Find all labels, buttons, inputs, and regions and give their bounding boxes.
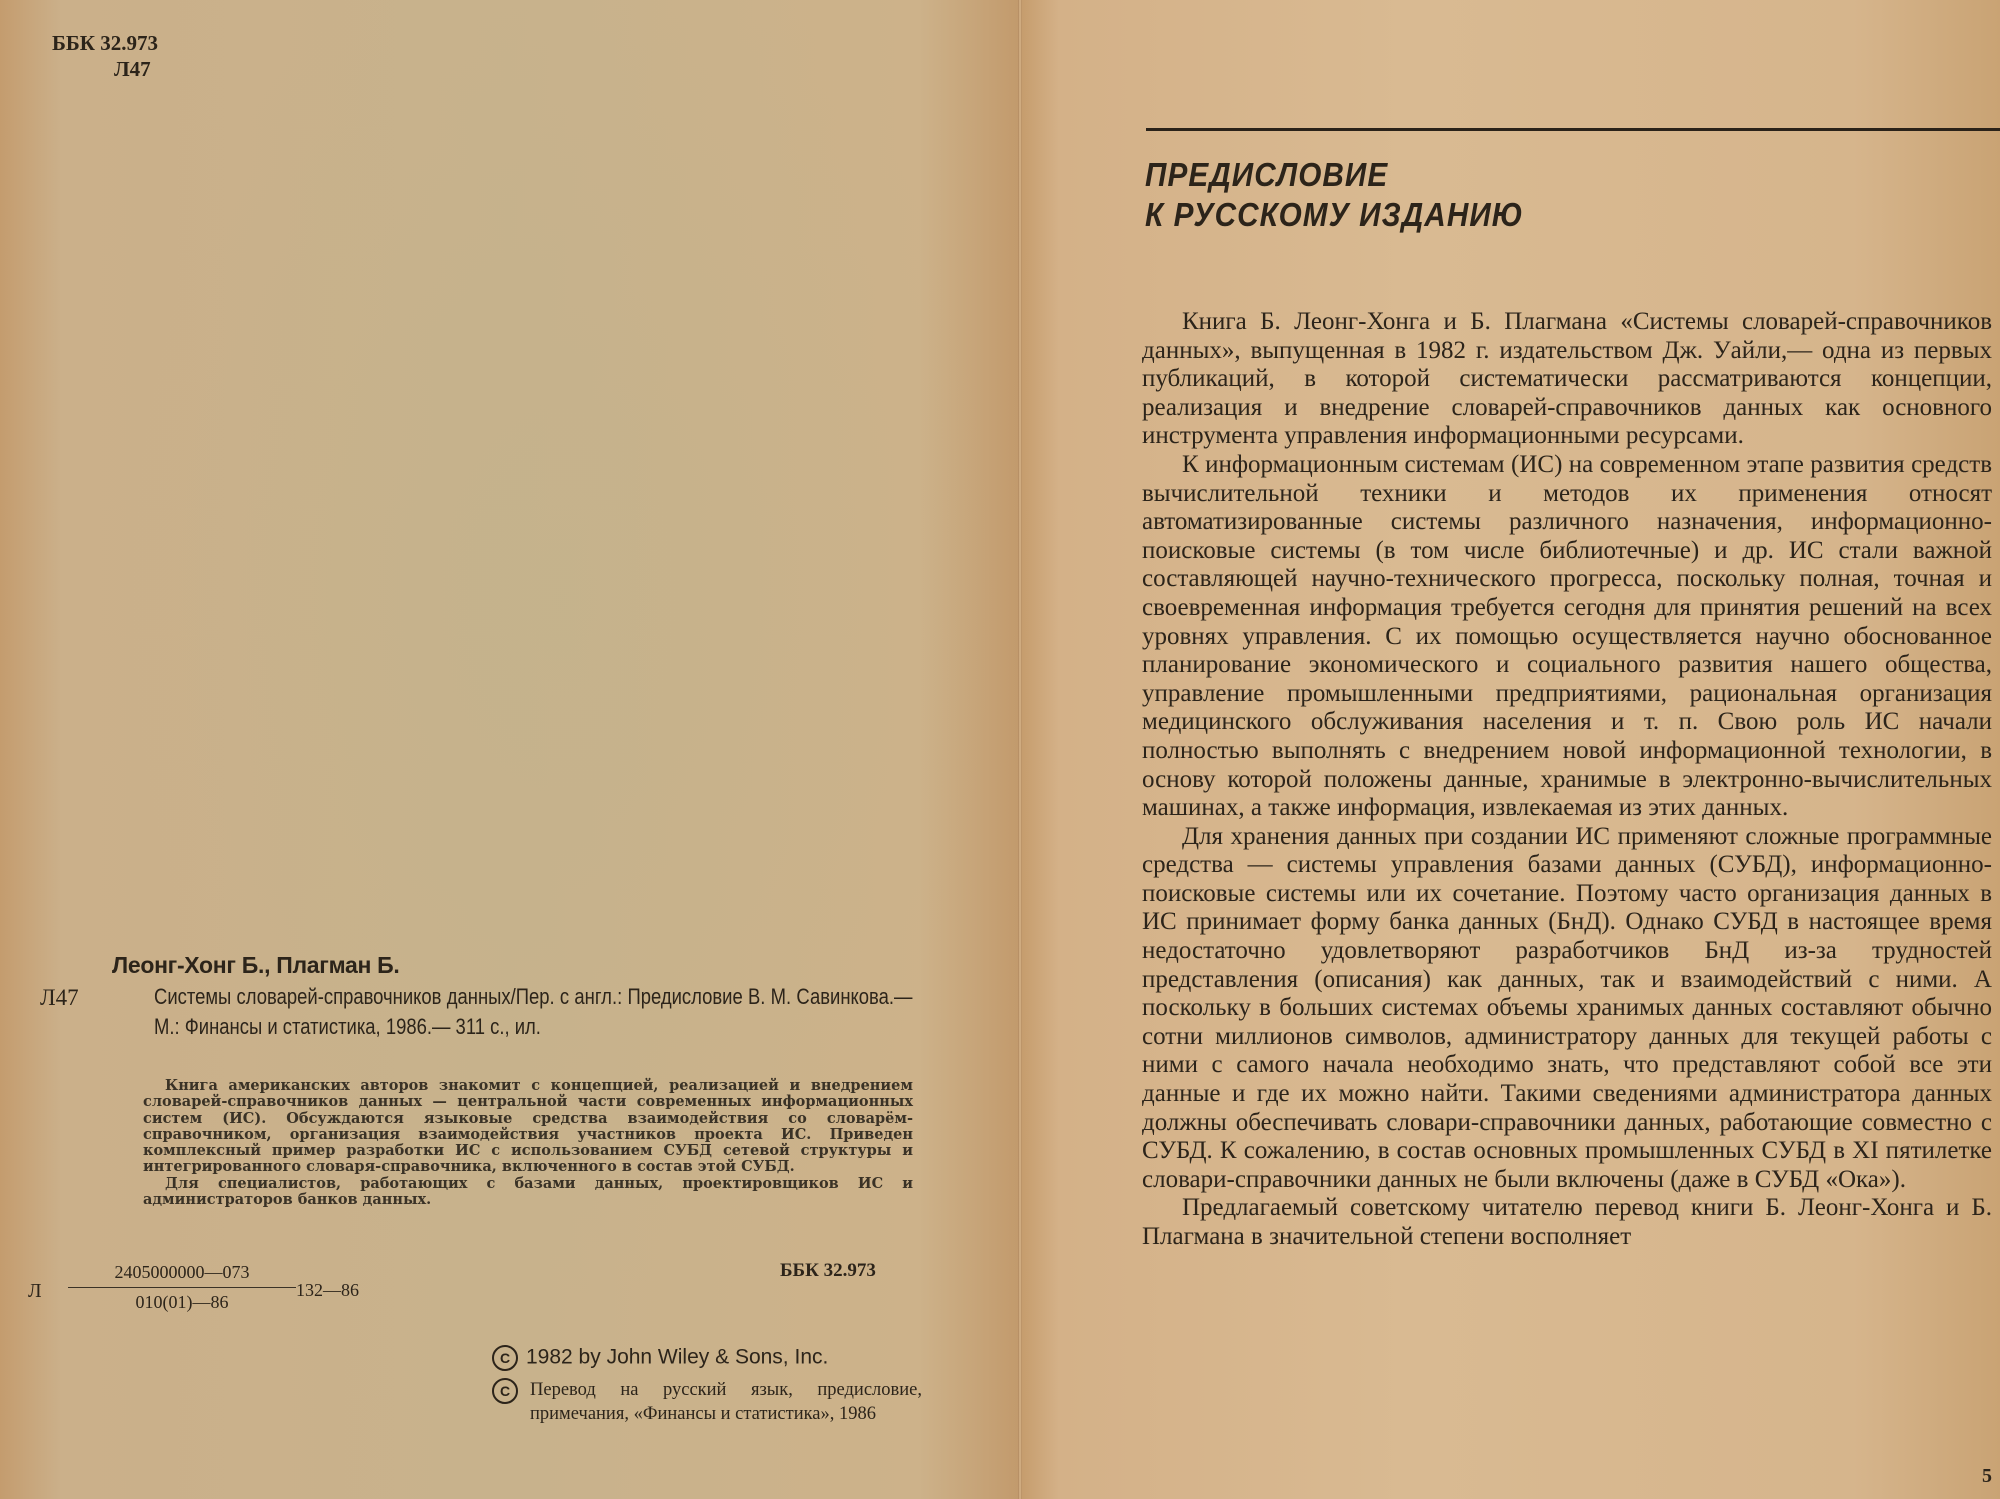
preface-body: Книга Б. Леонг-Хонга и Б. Плагмана «Сист… <box>1142 308 1992 1252</box>
bbk-footer: ББК 32.973 <box>780 1260 876 1282</box>
catalog-fraction: 2405000000—073 010(01)—86 <box>68 1262 296 1313</box>
catalog-code: 132—86 <box>296 1280 359 1301</box>
copyright-translation-text: Перевод на русский язык, предисловие, пр… <box>492 1378 922 1426</box>
authors-line: Леонг-Хонг Б., Плагман Б. <box>112 952 399 979</box>
page-title: ПРЕДИСЛОВИЕ К РУССКОМУ ИЗДАНИЮ <box>1145 155 1524 235</box>
annotation-paragraph: Для специалистов, работающих с базами да… <box>143 1176 913 1209</box>
copyright-icon: C <box>492 1378 518 1404</box>
right-page: ПРЕДИСЛОВИЕ К РУССКОМУ ИЗДАНИЮ Книга Б. … <box>1020 0 2000 1499</box>
catalog-numerator: 2405000000—073 <box>68 1262 296 1288</box>
left-page: ББК 32.973 Л47 Леонг-Хонг Б., Плагман Б.… <box>0 0 1020 1499</box>
catalog-denominator: 010(01)—86 <box>68 1288 296 1313</box>
body-paragraph: К информационным системам (ИС) на соврем… <box>1142 451 1992 823</box>
copyright-original: C1982 by John Wiley & Sons, Inc. <box>492 1345 828 1371</box>
side-index: Л47 <box>40 985 79 1011</box>
bbk-code: ББК 32.973 <box>52 31 158 55</box>
body-paragraph: Предлагаемый советскому читателю перевод… <box>1142 1194 1992 1251</box>
bbk-header: ББК 32.973 Л47 <box>52 30 158 82</box>
page-number: 5 <box>1982 1465 1992 1488</box>
annotation-paragraph: Книга американских авторов знакомит с ко… <box>143 1078 913 1176</box>
author-index: Л47 <box>52 56 158 82</box>
header-rule <box>1146 128 2000 131</box>
body-paragraph: Для хранения данных при создании ИС прим… <box>1142 823 1992 1195</box>
copyright-translation: C Перевод на русский язык, предисловие, … <box>492 1378 922 1426</box>
body-paragraph: Книга Б. Леонг-Хонга и Б. Плагмана «Сист… <box>1142 308 1992 451</box>
bibliographic-record: Системы словарей-справочников данных/Пер… <box>154 982 913 1042</box>
title-line-2: К РУССКОМУ ИЗДАНИЮ <box>1145 195 1524 235</box>
copyright-original-text: 1982 by John Wiley & Sons, Inc. <box>526 1346 828 1369</box>
book-spine <box>1018 0 1022 1499</box>
annotation: Книга американских авторов знакомит с ко… <box>143 1078 913 1208</box>
copyright-icon: C <box>492 1345 518 1371</box>
title-line-1: ПРЕДИСЛОВИЕ <box>1145 155 1524 195</box>
book-spread: ББК 32.973 Л47 Леонг-Хонг Б., Плагман Б.… <box>0 0 2000 1499</box>
catalog-letter: Л <box>28 1280 42 1303</box>
